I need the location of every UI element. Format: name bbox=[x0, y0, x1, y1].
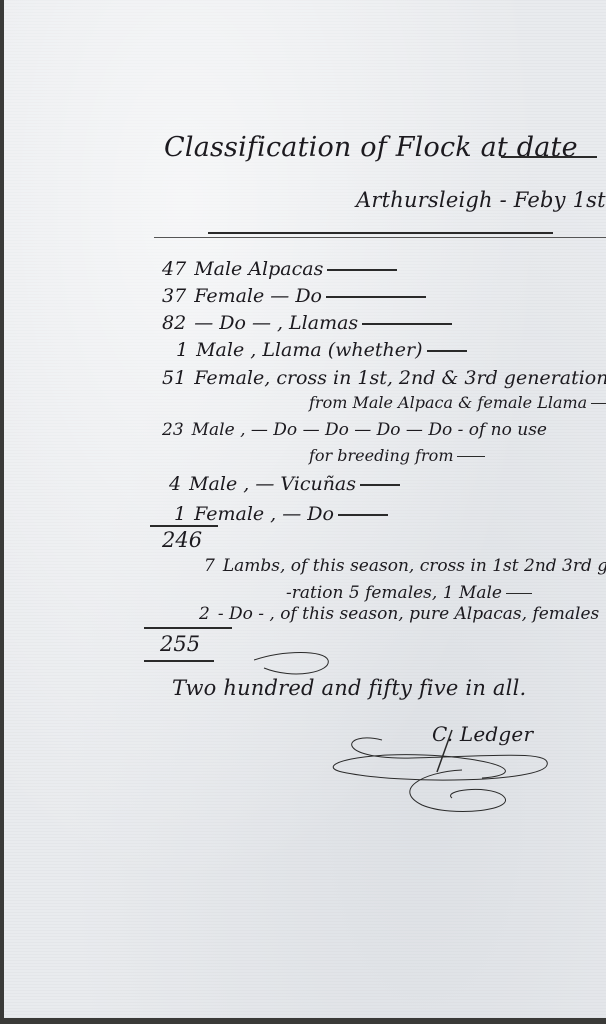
entry-row: 51Female, cross in 1st, 2nd & 3rd genera… bbox=[162, 367, 606, 389]
entry-row-continuation: for breeding from bbox=[309, 446, 485, 465]
entry-count: 1 bbox=[176, 339, 188, 361]
entry-description: Female , — Do bbox=[194, 503, 334, 525]
entry-rule bbox=[457, 456, 485, 458]
addition-count: 2 bbox=[199, 604, 210, 624]
entry-description: Male , — Do — Do — Do — Do - of no use bbox=[192, 420, 547, 440]
entry-count: 1 bbox=[174, 503, 186, 525]
addition-row: 2- Do - , of this season, pure Alpacas, … bbox=[199, 604, 599, 624]
entry-description: for breeding from bbox=[309, 446, 453, 465]
title-blank-line bbox=[501, 156, 597, 158]
grand-total-rule bbox=[144, 627, 232, 629]
entry-count: 37 bbox=[162, 285, 186, 307]
addition-rule bbox=[506, 593, 532, 595]
grand-total-underline bbox=[144, 660, 214, 662]
entry-rule bbox=[360, 484, 400, 486]
addition-description: Lambs, of this season, cross in 1st 2nd … bbox=[223, 556, 606, 576]
addition-row-continuation: -ration 5 females, 1 Male bbox=[286, 583, 532, 603]
entry-count: 82 bbox=[162, 312, 186, 334]
entry-row: 47Male Alpacas bbox=[162, 258, 397, 280]
entry-rule bbox=[326, 296, 426, 298]
addition-row: 7Lambs, of this season, cross in 1st 2nd… bbox=[204, 556, 606, 576]
subtotal-rule bbox=[150, 525, 218, 527]
document-title: Classification of Flock at date bbox=[164, 132, 578, 163]
entry-row: 1Male , Llama (whether) bbox=[176, 339, 467, 361]
entry-description: Female — Do bbox=[194, 285, 322, 307]
entry-count: 4 bbox=[169, 473, 181, 495]
grand-total: 255 bbox=[160, 632, 200, 656]
entry-row-continuation: from Male Alpaca & female Llama bbox=[309, 393, 606, 412]
entry-description: — Do — , Llamas bbox=[194, 312, 358, 334]
entry-count: 51 bbox=[162, 367, 186, 389]
entry-rule bbox=[327, 269, 397, 271]
entry-row: 1Female , — Do bbox=[174, 503, 388, 525]
addition-description: -ration 5 females, 1 Male bbox=[286, 583, 502, 603]
header-divider bbox=[208, 232, 553, 234]
subtotal-value: 246 bbox=[162, 528, 202, 552]
entry-rule bbox=[591, 403, 606, 405]
entry-description: from Male Alpaca & female Llama bbox=[309, 393, 587, 412]
entry-count: 23 bbox=[162, 420, 184, 440]
total-in-words: Two hundred and fifty five in all. bbox=[172, 676, 526, 700]
entry-description: Male , — Vicuñas bbox=[189, 473, 356, 495]
entry-description: Female, cross in 1st, 2nd & 3rd generati… bbox=[194, 367, 606, 389]
header-divider-thin bbox=[154, 237, 606, 238]
entry-rule bbox=[338, 514, 388, 516]
entry-row: 4Male , — Vicuñas bbox=[169, 473, 400, 495]
entry-count: 47 bbox=[162, 258, 186, 280]
entry-row: 37Female — Do bbox=[162, 285, 426, 307]
addition-description: - Do - , of this season, pure Alpacas, f… bbox=[218, 604, 599, 624]
place-and-date: Arthursleigh - Feby 1st 1860. bbox=[356, 188, 606, 212]
signature-flourish-icon bbox=[322, 710, 572, 820]
entry-row: 23Male , — Do — Do — Do — Do - of no use bbox=[162, 420, 547, 440]
entry-description: Male , Llama (whether) bbox=[196, 339, 422, 361]
subtotal: 246 bbox=[162, 528, 202, 552]
entry-rule bbox=[362, 323, 452, 325]
document-page: Classification of Flock at date Arthursl… bbox=[4, 0, 606, 1018]
grand-total-value: 255 bbox=[160, 632, 200, 656]
addition-count: 7 bbox=[204, 556, 215, 576]
entry-row: 82— Do — , Llamas bbox=[162, 312, 452, 334]
entry-description: Male Alpacas bbox=[194, 258, 323, 280]
entry-rule bbox=[427, 350, 467, 352]
